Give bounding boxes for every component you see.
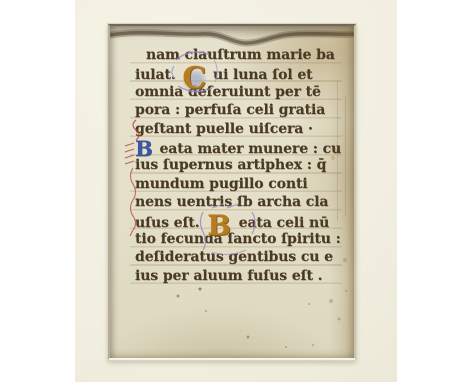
line-text: ui luna ſol et <box>213 67 313 83</box>
line-text: pora : perfuſa celi gratia <box>135 102 325 118</box>
penwork-red-flourish-b <box>120 116 146 242</box>
illuminated-initial-c: C <box>182 64 206 94</box>
mat-window: nam clauſtrum marie ba iulat. C ui luna … <box>108 24 356 360</box>
text-line: nam clauſtrum marie ba <box>135 46 345 64</box>
text-line: geſtant puelle uiſcera · <box>135 120 345 138</box>
illuminated-initial-b-blue: B <box>135 138 153 159</box>
line-text: ius per aluum fuſus eſt . <box>135 268 322 284</box>
text-line: pora : perfuſa celi gratia <box>135 101 345 119</box>
foxing-spots <box>110 26 112 28</box>
text-line: B eata mater munere : cu <box>135 138 345 156</box>
text-line: ius ſupernus artiphex : q̄ <box>135 156 345 174</box>
illuminated-initial-b-gold: B <box>207 212 231 240</box>
text-line: iulat. C ui luna ſol et <box>135 64 345 82</box>
line-text: mundum pugillo conti <box>135 176 308 192</box>
photo-canvas: nam clauſtrum marie ba iulat. C ui luna … <box>0 0 468 382</box>
line-text: ius ſupernus artiphex : q̄ <box>135 157 326 173</box>
crease-line <box>345 96 346 216</box>
framed-leaf-photo: nam clauſtrum marie ba iulat. C ui luna … <box>75 0 397 382</box>
text-line: ius per aluum fuſus eſt . <box>135 267 345 285</box>
manuscript-leaf: nam clauſtrum marie ba iulat. C ui luna … <box>110 26 354 358</box>
line-text: eata mater munere : cu <box>159 141 341 157</box>
text-line: mundum pugillo conti <box>135 175 345 193</box>
line-text: omnia deſeruiunt per tē <box>135 84 321 100</box>
line-text: geſtant puelle uiſcera · <box>135 121 313 137</box>
text-line: omnia deſeruiunt per tē <box>135 83 345 101</box>
